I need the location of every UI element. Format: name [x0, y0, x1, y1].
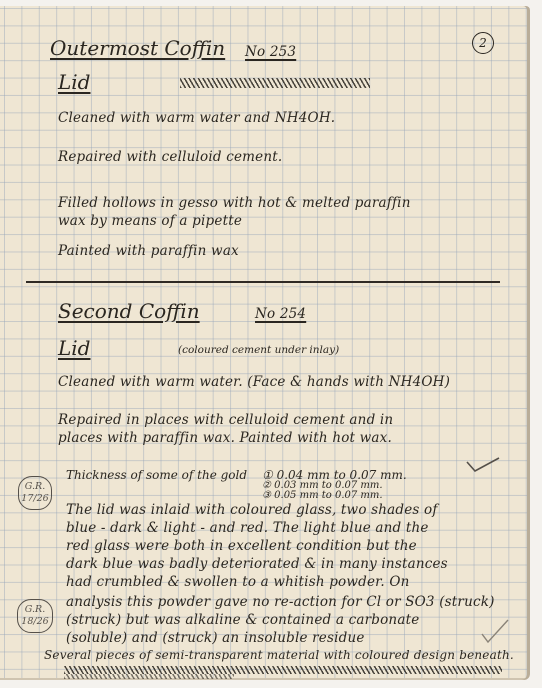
section1-line-2: Repaired with celluloid cement. [58, 149, 282, 165]
paragraph-line-6: analysis this powder gave no re-action f… [66, 594, 495, 610]
section2-subheading: Lid [58, 336, 90, 360]
section1-subheading: Lid [58, 70, 90, 94]
thickness-measurement-3: ③ 0.05 mm to 0.07 mm. [262, 490, 383, 501]
paragraph-line-1: The lid was inlaid with coloured glass, … [66, 502, 438, 518]
margin-note-2: G.R. 18/26 [17, 599, 53, 633]
check-mark-icon [465, 456, 495, 470]
struck-out-text [64, 666, 502, 674]
section1-line-3: Filled hollows in gesso with hot & melte… [58, 195, 411, 211]
marker-3: ③ [262, 490, 271, 501]
notebook-page: 2 Outermost Coffin No 253 Lid Cleaned wi… [0, 6, 530, 680]
section2-subheading-note: (coloured cement under inlay) [178, 344, 339, 356]
paragraph-line-5: had crumbled & swollen to a whitish powd… [66, 574, 409, 590]
section1-line-1: Cleaned with warm water and NH4OH. [58, 110, 335, 126]
page-number: 2 [472, 32, 494, 54]
paragraph-line-3: red glass were both in excellent conditi… [66, 538, 417, 554]
section2-number: No 254 [255, 306, 306, 322]
struck-out-text [180, 78, 370, 88]
section-divider [26, 281, 500, 283]
margin-note-1: G.R. 17/26 [18, 476, 52, 510]
section2-line-1: Cleaned with warm water. (Face & hands w… [58, 374, 450, 390]
paragraph-line-2: blue - dark & light - and red. The light… [66, 520, 429, 536]
paragraph-line-8: (soluble) and (struck) an insoluble resi… [66, 630, 365, 646]
section2-title: Second Coffin [58, 299, 200, 323]
final-line: Several pieces of semi-transparent mater… [44, 648, 514, 662]
section1-line-4: wax by means of a pipette [58, 213, 242, 229]
section2-line-2: Repaired in places with celluloid cement… [58, 412, 393, 428]
thickness-intro: Thickness of some of the gold [66, 468, 247, 482]
paragraph-line-4: dark blue was badly deteriorated & in ma… [66, 556, 448, 572]
section1-number: No 253 [245, 44, 296, 60]
check-mark-icon [480, 618, 510, 632]
section2-line-3: places with paraffin wax. Painted with h… [58, 430, 392, 446]
section1-title: Outermost Coffin [50, 36, 225, 60]
paragraph-line-7: (struck) but was alkaline & contained a … [66, 612, 419, 628]
section1-line-5: Painted with paraffin wax [58, 243, 239, 259]
struck-out-text [64, 674, 234, 679]
